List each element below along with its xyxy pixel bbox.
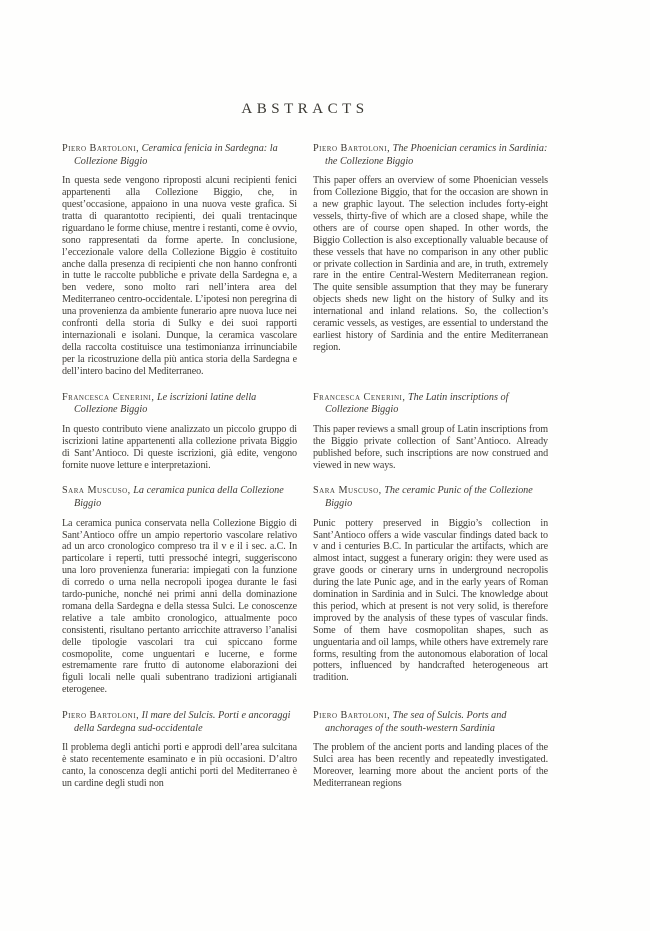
abstract-3-italian: Sara Muscuso, La ceramica punica della C… [62, 485, 297, 696]
abstract-4-italian: Piero Bartoloni, Il mare del Sulcis. Por… [62, 710, 297, 790]
abstract-body: Punic pottery preserved in Biggio’s coll… [313, 518, 548, 685]
abstract-heading: Sara Muscuso, La ceramica punica della C… [62, 485, 297, 510]
page-title: ABSTRACTS [62, 101, 548, 118]
abstract-author: Francesca Cenerini, [62, 392, 154, 403]
abstract-1-english: Piero Bartoloni, The Phoenician ceramics… [313, 143, 548, 378]
abstract-author: Sara Muscuso, [62, 485, 131, 496]
abstract-body: This paper reviews a small group of Lati… [313, 424, 548, 472]
abstract-body: The problem of the ancient ports and lan… [313, 742, 548, 790]
abstract-author: Piero Bartoloni, [313, 143, 390, 154]
abstract-heading: Francesca Cenerini, The Latin inscriptio… [313, 392, 548, 417]
abstract-body: In questa sede vengono riproposti alcuni… [62, 175, 297, 377]
abstract-2-italian: Francesca Cenerini, Le iscrizioni latine… [62, 392, 297, 472]
abstract-3-english: Sara Muscuso, The ceramic Punic of the C… [313, 485, 548, 696]
abstract-heading: Francesca Cenerini, Le iscrizioni latine… [62, 392, 297, 417]
abstract-author: Piero Bartoloni, [62, 710, 139, 721]
abstract-heading: Piero Bartoloni, The Phoenician ceramics… [313, 143, 548, 168]
abstract-2-english: Francesca Cenerini, The Latin inscriptio… [313, 392, 548, 472]
abstract-author: Piero Bartoloni, [313, 710, 390, 721]
abstract-body: Il problema degli antichi porti e approd… [62, 742, 297, 790]
page-content: ABSTRACTS Piero Bartoloni, Ceramica feni… [62, 101, 548, 790]
abstract-body: This paper offers an overview of some Ph… [313, 175, 548, 354]
abstract-body: La ceramica punica conservata nella Coll… [62, 518, 297, 697]
abstract-author: Francesca Cenerini, [313, 392, 405, 403]
abstract-author: Sara Muscuso, [313, 485, 382, 496]
abstract-heading: Sara Muscuso, The ceramic Punic of the C… [313, 485, 548, 510]
abstract-heading: Piero Bartoloni, The sea of Sulcis. Port… [313, 710, 548, 735]
abstract-heading: Piero Bartoloni, Il mare del Sulcis. Por… [62, 710, 297, 735]
abstract-heading: Piero Bartoloni, Ceramica fenicia in Sar… [62, 143, 297, 168]
abstract-1-italian: Piero Bartoloni, Ceramica fenicia in Sar… [62, 143, 297, 378]
abstract-4-english: Piero Bartoloni, The sea of Sulcis. Port… [313, 710, 548, 790]
abstracts-two-column-layout: Piero Bartoloni, Ceramica fenicia in Sar… [62, 143, 548, 790]
document-page: ABSTRACTS Piero Bartoloni, Ceramica feni… [0, 0, 650, 931]
abstract-body: In questo contributo viene analizzato un… [62, 424, 297, 472]
abstract-author: Piero Bartoloni, [62, 143, 139, 154]
